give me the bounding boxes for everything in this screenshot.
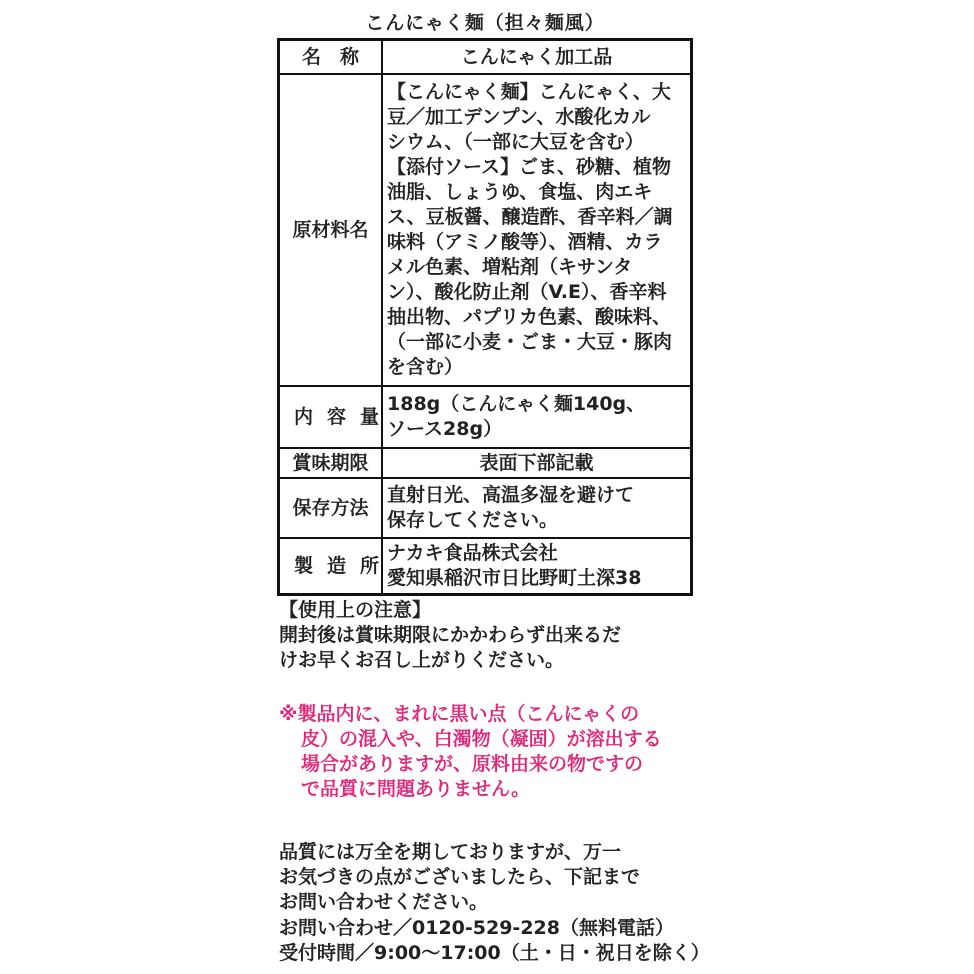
ingredient-line: シウム、（一部に大豆を含む） bbox=[387, 130, 686, 155]
contact-phone: お問い合わせ／0120-529-228（無料電話） bbox=[279, 916, 695, 941]
table-row-ingredients: 原材料名 【こんにゃく麺】こんにゃく、大 豆／加工デンプン、水酸化カル シウム、… bbox=[279, 74, 692, 386]
name-label: 名 称 bbox=[279, 40, 383, 75]
ingredient-line: （一部に小麦・ごま・大豆・豚肉 bbox=[387, 330, 686, 355]
quality-notice-line: お問い合わせください。 bbox=[279, 890, 695, 915]
warning-line: 皮）の混入や、白濁物（凝固）が溶出する bbox=[279, 727, 695, 752]
ingredient-line: ス、豆板醤、醸造酢、香辛料／調 bbox=[387, 205, 686, 230]
quantity-label: 内容量 bbox=[279, 386, 383, 448]
quality-notice-line: お気づきの点がございましたら、下記まで bbox=[279, 865, 695, 890]
best-before-value: 表面下部記載 bbox=[382, 448, 692, 478]
food-label: こんにゃく麺（担々麺風） 名 称 こんにゃく加工品 原材料名 【こんにゃく麺】こ… bbox=[277, 8, 693, 596]
ingredient-line: 【こんにゃく麺】こんにゃく、大 bbox=[387, 80, 686, 105]
ingredients-label: 原材料名 bbox=[279, 74, 383, 386]
quality-warning: ※製品内に、まれに黒い点（こんにゃくの 皮）の混入や、白濁物（凝固）が溶出する … bbox=[279, 702, 695, 802]
usage-notes-heading: 【使用上の注意】 bbox=[279, 598, 695, 623]
quality-notice-line: 品質には万全を期しておりますが、万一 bbox=[279, 840, 695, 865]
manufacturer-line: 愛知県稲沢市日比野町土深38 bbox=[387, 566, 686, 591]
ingredient-line: メル色素、増粘剤（キサンタ bbox=[387, 255, 686, 280]
manufacturer-line: ナカキ食品株式会社 bbox=[387, 541, 686, 566]
best-before-label: 賞味期限 bbox=[279, 448, 383, 478]
manufacturer-label: 製造所 bbox=[279, 538, 383, 595]
ingredient-line: を含む） bbox=[387, 355, 686, 380]
table-row-name: 名 称 こんにゃく加工品 bbox=[279, 40, 692, 75]
warning-line: ※製品内に、まれに黒い点（こんにゃくの bbox=[279, 702, 695, 727]
quantity-value: 188g（こんにゃく麺140g、 ソース28g） bbox=[382, 386, 692, 448]
table-row-manufacturer: 製造所 ナカキ食品株式会社 愛知県稲沢市日比野町土深38 bbox=[279, 538, 692, 595]
ingredient-line: ン）、酸化防止剤（V.E）、香辛料 bbox=[387, 280, 686, 305]
ingredient-line: 抽出物、パプリカ色素、酸味料、 bbox=[387, 305, 686, 330]
table-row-quantity: 内容量 188g（こんにゃく麺140g、 ソース28g） bbox=[279, 386, 692, 448]
ingredients-value: 【こんにゃく麺】こんにゃく、大 豆／加工デンプン、水酸化カル シウム、（一部に大… bbox=[382, 74, 692, 386]
quality-notice: 品質には万全を期しておりますが、万一 お気づきの点がございましたら、下記まで お… bbox=[279, 840, 695, 915]
manufacturer-value: ナカキ食品株式会社 愛知県稲沢市日比野町土深38 bbox=[382, 538, 692, 595]
nutrition-info-table: 名 称 こんにゃく加工品 原材料名 【こんにゃく麺】こんにゃく、大 豆／加工デン… bbox=[277, 38, 693, 596]
storage-line: 直射日光、高温多湿を避けて bbox=[387, 483, 686, 508]
storage-line: 保存してください。 bbox=[387, 508, 686, 533]
usage-notes-line: けお早くお召し上がりください。 bbox=[279, 648, 695, 673]
quantity-line: ソース28g） bbox=[387, 417, 686, 442]
ingredient-line: 豆／加工デンプン、水酸化カル bbox=[387, 105, 686, 130]
warning-line: で品質に問題ありません。 bbox=[279, 777, 695, 802]
contact-info: お問い合わせ／0120-529-228（無料電話） 受付時間／9:00～17:0… bbox=[279, 916, 695, 966]
name-value: こんにゃく加工品 bbox=[382, 40, 692, 75]
ingredient-line: 油脂、しょうゆ、食塩、肉エキ bbox=[387, 180, 686, 205]
contact-hours: 受付時間／9:00～17:00（土・日・祝日を除く） bbox=[279, 941, 695, 966]
warning-line: 場合がありますが、原料由来の物ですの bbox=[279, 752, 695, 777]
storage-value: 直射日光、高温多湿を避けて 保存してください。 bbox=[382, 478, 692, 538]
quantity-line: 188g（こんにゃく麺140g、 bbox=[387, 392, 686, 417]
usage-notes: 【使用上の注意】 開封後は賞味期限にかかわらず出来るだ けお早くお召し上がりくだ… bbox=[279, 598, 695, 673]
table-row-best-before: 賞味期限 表面下部記載 bbox=[279, 448, 692, 478]
table-row-storage: 保存方法 直射日光、高温多湿を避けて 保存してください。 bbox=[279, 478, 692, 538]
ingredient-line: 味料（アミノ酸等）、酒精、カラ bbox=[387, 230, 686, 255]
ingredient-line: 【添付ソース】ごま、砂糖、植物 bbox=[387, 155, 686, 180]
usage-notes-line: 開封後は賞味期限にかかわらず出来るだ bbox=[279, 623, 695, 648]
storage-label: 保存方法 bbox=[279, 478, 383, 538]
product-title: こんにゃく麺（担々麺風） bbox=[277, 8, 693, 38]
